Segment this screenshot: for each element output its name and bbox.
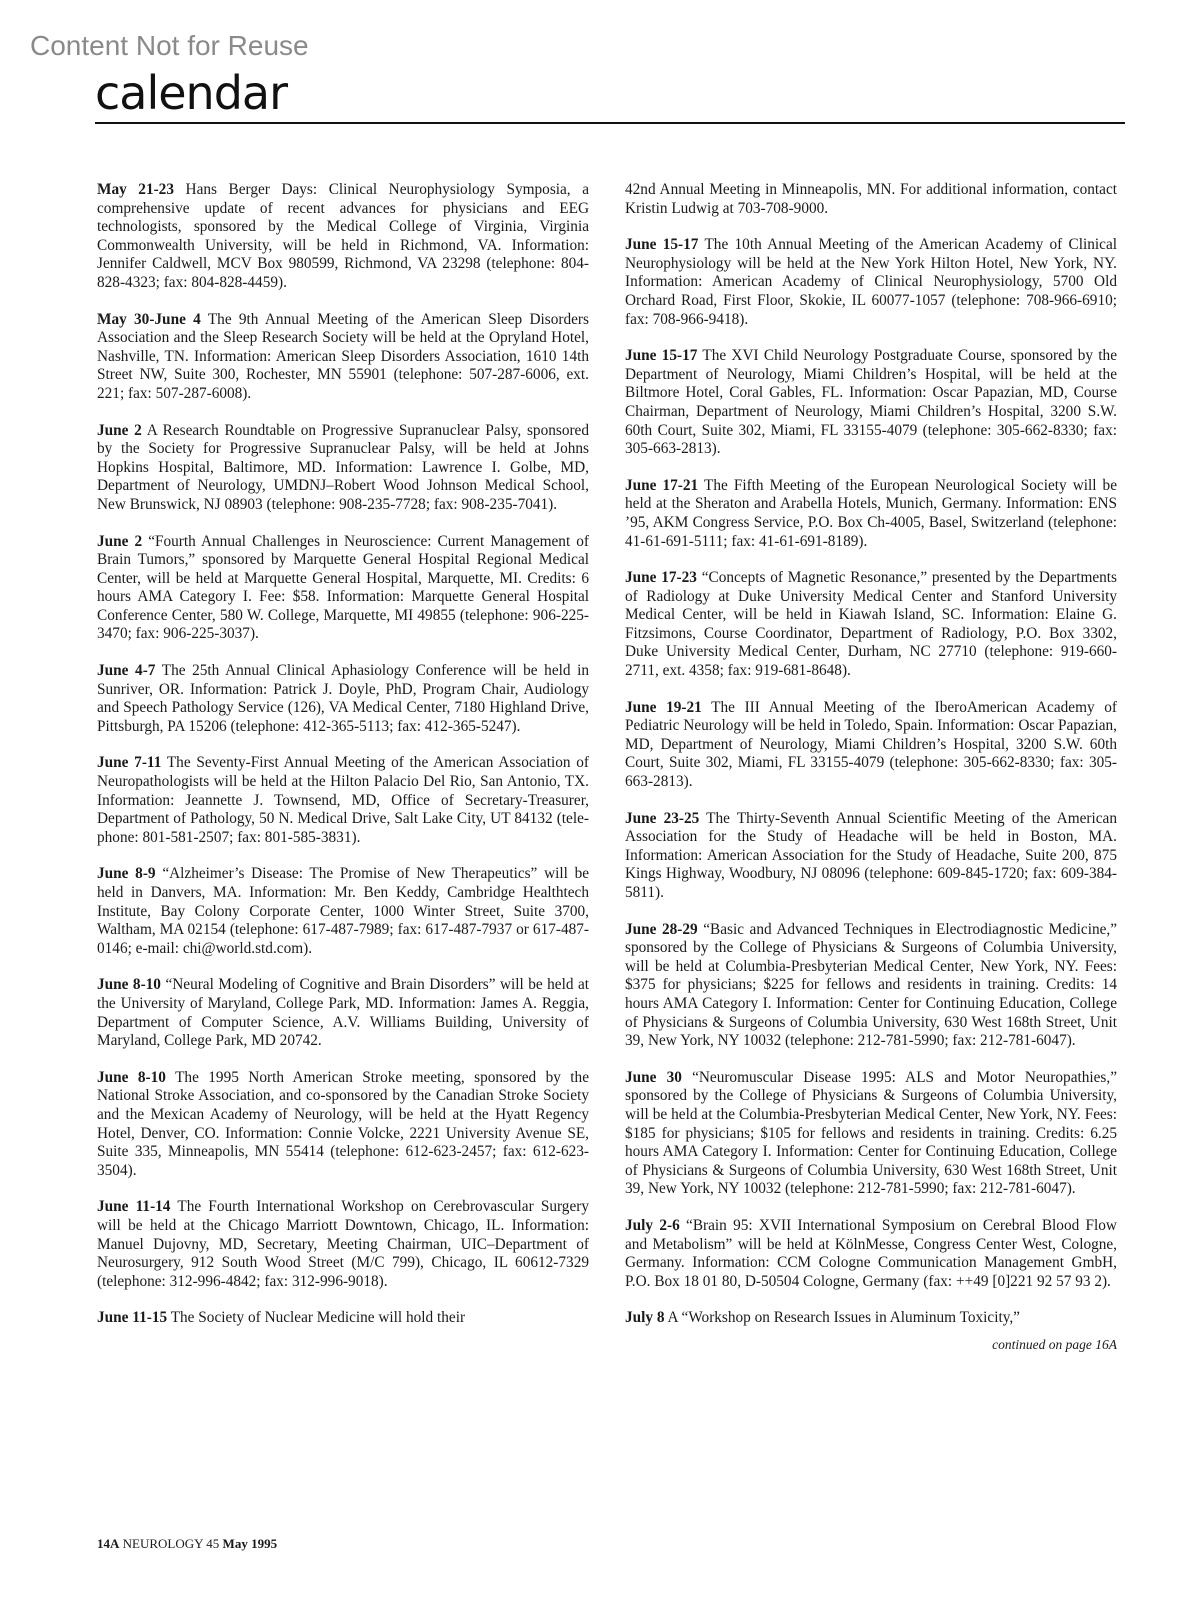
entry-date: June 11-14 [97,1198,170,1215]
issue-date: May 1995 [223,1536,278,1551]
entry-text: “Neural Modeling of Cognitive and Brain … [97,976,589,1049]
calendar-entry: June 19-21 The III Annual Meeting of the… [625,699,1117,792]
entry-date: June 19-21 [625,699,702,716]
entry-date: June 30 [625,1069,682,1086]
left-column: May 21-23 Hans Berger Days: Clinical Neu… [97,181,589,1346]
entry-text: The Society of Nuclear Medicine will hol… [171,1309,465,1326]
calendar-entry: May 30-June 4 The 9th Annual Meeting of … [97,311,589,404]
entry-text: “Concepts of Magnetic Resonance,” presen… [625,569,1117,679]
calendar-entry: July 8 A “Workshop on Research Issues in… [625,1309,1117,1328]
calendar-entry-continuation: 42nd Annual Meeting in Minneapolis, MN. … [625,181,1117,218]
entry-date: June 2 [97,422,142,439]
entry-text: The 10th Annual Meeting of the American … [625,236,1117,327]
calendar-entry: June 23-25 The Thirty-Seventh Annual Sci… [625,810,1117,903]
entry-date: June 8-10 [97,976,161,993]
calendar-entry: June 7-11 The Seventy-First Annual Meeti… [97,754,589,847]
calendar-entry: June 2 “Fourth Annual Challenges in Neur… [97,533,589,645]
calendar-entry: June 28-29 “Basic and Advanced Technique… [625,921,1117,1051]
entry-text: “Basic and Advanced Techniques in Electr… [625,921,1117,1050]
entry-date: June 28-29 [625,921,698,938]
page-number: 14A [97,1536,119,1551]
entry-date: June 17-23 [625,569,697,586]
entry-date: June 11-15 [97,1309,167,1326]
watermark: Content Not for Reuse [30,30,309,62]
calendar-entry: June 4-7 The 25th Annual Clinical Aphasi… [97,662,589,736]
continued-note: continued on page 16A [625,1336,1117,1355]
calendar-entry: May 21-23 Hans Berger Days: Clinical Neu… [97,181,589,293]
entry-text: The Fourth International Workshop on Cer… [97,1198,589,1289]
entry-date: May 21-23 [97,181,174,198]
calendar-entry: June 11-14 The Fourth International Work… [97,1198,589,1291]
section-title: calendar [95,66,287,120]
calendar-entry: June 8-10 “Neural Modeling of Cognitive … [97,976,589,1050]
entry-date: June 4-7 [97,662,155,679]
calendar-entry: June 8-10 The 1995 North American Stroke… [97,1069,589,1181]
entry-text: A “Workshop on Research Issues in Alumin… [668,1309,1020,1326]
entry-date: June 7-11 [97,754,161,771]
entry-date: June 8-9 [97,865,156,882]
calendar-entry: June 8-9 “Alzheimer’s Disease: The Promi… [97,865,589,958]
entry-text: “Fourth Annual Challenges in Neuroscienc… [97,533,589,643]
right-column: 42nd Annual Meeting in Minneapolis, MN. … [625,181,1117,1354]
entry-text: The Thirty-Seventh Annual Scientific Mee… [625,810,1117,901]
calendar-entry: July 2-6 “Brain 95: XVII International S… [625,1217,1117,1291]
entry-date: July 2-6 [625,1217,680,1234]
entry-text: “Neuromuscular Disease 1995: ALS and Mot… [625,1069,1117,1198]
entry-date: June 17-21 [625,477,698,494]
entry-text: “Brain 95: XVII International Symposium … [625,1217,1117,1290]
entry-text: “Alzheimer’s Disease: The Promise of New… [97,865,589,956]
entry-date: June 15-17 [625,347,697,364]
entry-text: A Research Roundtable on Progressive Sup… [97,422,589,513]
entry-date: July 8 [625,1309,665,1326]
entry-date: May 30-June 4 [97,311,201,328]
entry-date: June 2 [97,533,142,550]
calendar-entry: June 30 “Neuromuscular Disease 1995: ALS… [625,1069,1117,1199]
calendar-entry: June 11-15 The Society of Nuclear Medici… [97,1309,589,1328]
title-divider [95,122,1125,124]
calendar-entry: June 17-23 “Concepts of Magnetic Resonan… [625,569,1117,681]
entry-text: The Seventy-First Annual Meeting of the … [97,754,589,845]
entry-text: The 25th Annual Clinical Aphasiology Con… [97,662,589,735]
entry-text: The XVI Child Neurology Postgraduate Cou… [625,347,1117,457]
entry-date: June 23-25 [625,810,699,827]
entry-text: 42nd Annual Meeting in Minneapolis, MN. … [625,181,1117,217]
calendar-entry: June 15-17 The 10th Annual Meeting of th… [625,236,1117,329]
calendar-entry: June 15-17 The XVI Child Neurology Postg… [625,347,1117,459]
calendar-entry: June 2 A Research Roundtable on Progress… [97,422,589,515]
entry-text: The 1995 North American Stroke meeting, … [97,1069,589,1179]
calendar-entry: June 17-21 The Fifth Meeting of the Euro… [625,477,1117,551]
entry-date: June 15-17 [625,236,698,253]
page-footer: 14A NEUROLOGY 45 May 1995 [97,1536,277,1552]
entry-text: The Fifth Meeting of the European Neurol… [625,477,1117,550]
entry-date: June 8-10 [97,1069,166,1086]
journal-name: NEUROLOGY 45 [123,1536,220,1551]
